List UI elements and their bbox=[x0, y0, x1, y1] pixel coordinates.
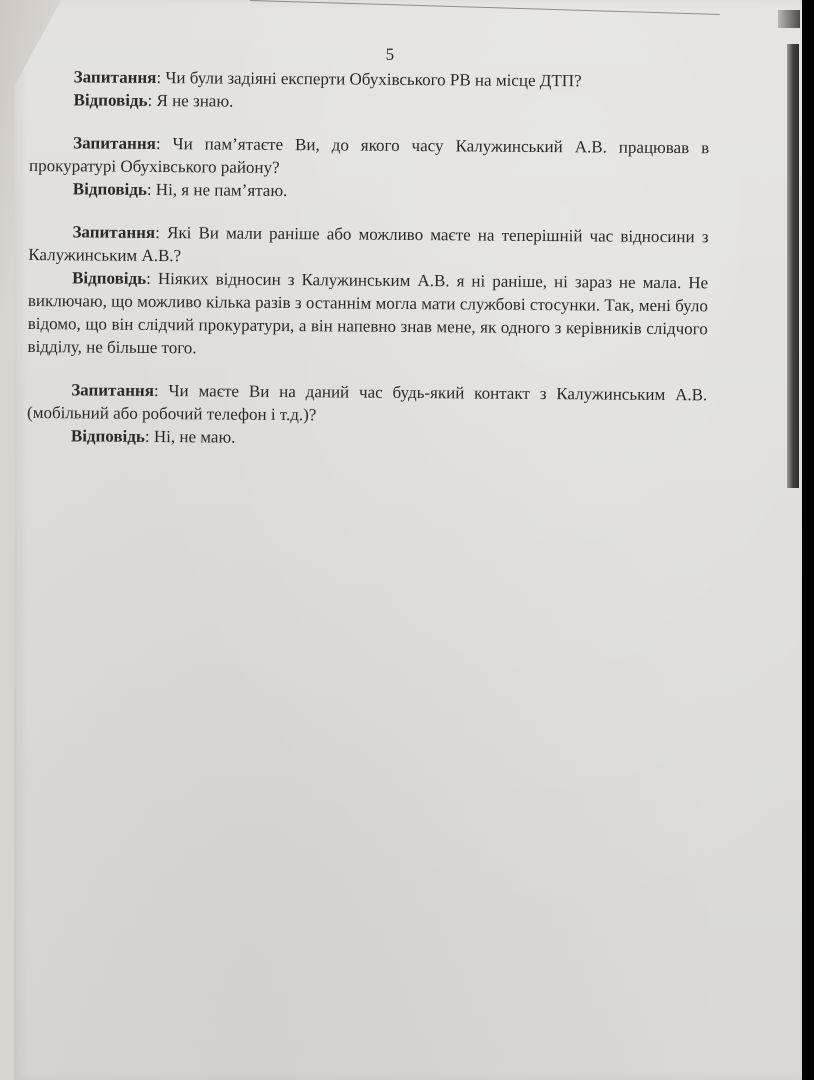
question-label: Запитання bbox=[71, 380, 154, 400]
question-label: Запитання bbox=[74, 67, 157, 87]
answer-text: Я не знаю. bbox=[156, 91, 233, 111]
answer-3: Відповідь: Ніяких відносин з Калужинськи… bbox=[28, 266, 709, 363]
answer-label: Відповідь bbox=[71, 426, 145, 446]
answer-text: Ні, не маю. bbox=[154, 427, 236, 447]
qa-block-4: Запитання: Чи маєте Ви на даний час будь… bbox=[27, 378, 708, 452]
answer-label: Відповідь bbox=[73, 90, 147, 110]
answer-1: Відповідь: Я не знаю. bbox=[29, 88, 709, 116]
qa-block-2: Запитання: Чи пам’ятаєте Ви, до якого ча… bbox=[29, 131, 710, 205]
question-label: Запитання bbox=[72, 222, 155, 242]
question-text: Чи були задіяні експерти Обухівського РВ… bbox=[165, 68, 581, 90]
binding-strip bbox=[787, 44, 799, 488]
answer-label: Відповідь bbox=[72, 268, 146, 288]
photo-stage: 5 Запитання: Чи були задіяні експерти Об… bbox=[0, 0, 814, 1080]
answer-text: Ні, я не пам’ятаю. bbox=[156, 180, 288, 200]
answer-2: Відповідь: Ні, я не пам’ятаю. bbox=[29, 177, 709, 205]
binding-strip-top bbox=[778, 10, 800, 28]
document-text: 5 Запитання: Чи були задіяні експерти Об… bbox=[27, 40, 710, 472]
page-number: 5 bbox=[70, 40, 710, 68]
question-2: Запитання: Чи пам’ятаєте Ви, до якого ча… bbox=[29, 131, 709, 182]
question-label: Запитання bbox=[73, 133, 156, 153]
answer-4: Відповідь: Ні, не маю. bbox=[27, 424, 707, 452]
question-3: Запитання: Які Ви мали раніше або можлив… bbox=[28, 220, 708, 271]
qa-block-1: Запитання: Чи були задіяні експерти Обух… bbox=[29, 65, 709, 116]
answer-label: Відповідь bbox=[73, 179, 147, 199]
qa-block-3: Запитання: Які Ви мали раніше або можлив… bbox=[28, 220, 709, 363]
question-4: Запитання: Чи маєте Ви на даний час будь… bbox=[27, 378, 707, 429]
